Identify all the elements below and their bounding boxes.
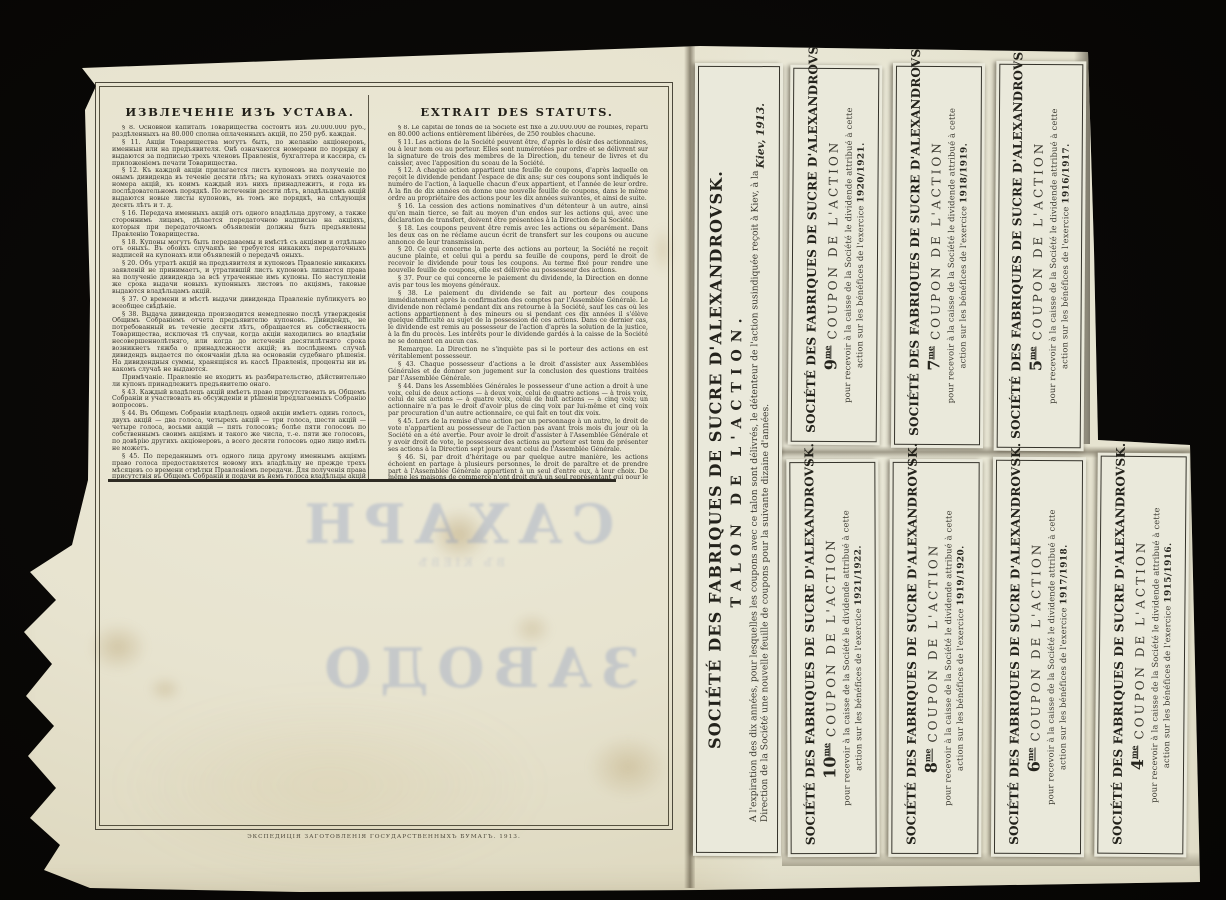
coupon-body-line-2: action sur les bénéfices de l'exercice 1… [957,75,970,436]
russian-paragraph: § 38. Выдача дивиденда производится неме… [112,312,366,374]
french-paragraph: § 45. Lors de la remise d'une action par… [388,419,648,454]
russian-paragraph: § 20. Объ утратѣ акцій на предъявителя и… [112,261,366,296]
coupon-title: COUPON DE L'ACTION [1132,540,1148,740]
russian-paragraph: Примѣчаніе. Правленіе не входитъ въ разб… [112,375,366,389]
french-statutes-column: § 8. Le capital de fonds de la Société e… [388,125,648,479]
french-paragraph: § 18. Les coupons peuvent être remis ave… [388,226,648,247]
coupon-title-row: 9meCOUPON DE L'ACTION [820,77,841,433]
coupon-ordinal: 5 [1026,360,1045,371]
coupon-strip-7: SOCIÉTÉ DES FABRIQUES DE SUCRE D'ALEXAND… [891,63,985,448]
coupon-years: 1921/1922. [853,545,863,605]
coupon-strip-6: SOCIÉTÉ DES FABRIQUES DE SUCRE D'ALEXAND… [991,457,1086,857]
french-paragraph: § 43. Chaque possesseur d'actions a le d… [388,362,648,383]
coupon-ordinal-suffix: me [821,345,831,359]
talon-title: TALON DE L'ACTION. [728,97,746,822]
coupon-title-row: 8meCOUPON DE L'ACTION [921,471,941,845]
french-paragraph: § 16. La cession des actions nominatives… [388,204,648,225]
coupon-strip-8: SOCIÉTÉ DES FABRIQUES DE SUCRE D'ALEXAND… [888,459,982,857]
french-paragraph: § 12. A chaque action appartient une feu… [388,168,648,203]
coupon-ordinal: 9 [821,359,840,370]
russian-paragraph: § 12. Къ каждой акціи прилагается листъ … [112,168,366,209]
russian-paragraph: § 11. Акціи Товарищества могутъ быть, по… [112,140,366,168]
coupon-ordinal: 10 [820,757,839,779]
coupon-body-line-2: action sur les bénéfices de l'exercice 1… [954,471,966,845]
coupon-company-name: SOCIÉTÉ DES FABRIQUES DE SUCRE D'ALEXAND… [802,471,817,845]
coupon-body-line-2-text: action sur les bénéfices de l'exercice [957,206,968,369]
coupon-body-line-2: action sur les bénéfices de l'exercice 1… [852,471,864,845]
coupon-title: COUPON DE L'ACTION [926,543,941,743]
russian-paragraph: § 43. Каждый владѣлецъ акцій имѣетъ прав… [112,390,366,411]
talon-body: A l'expiration des dix années, pour lesq… [748,97,772,822]
russian-paragraph: § 18. Купоны могутъ быть передаваемы и в… [112,240,366,261]
coupon-ordinal: 6 [1024,761,1043,772]
coupon-body-line-1: pour recevoir à la caisse de la Société … [942,471,953,845]
coupon-company-name: SOCIÉTÉ DES FABRIQUES DE SUCRE D'ALEXAND… [1110,465,1127,845]
russian-paragraph: § 37. О времени и мѣстѣ выдачи дивиденда… [112,297,366,311]
coupon-company-name: SOCIÉTÉ DES FABRIQUES DE SUCRE D'ALEXAND… [1007,469,1023,845]
french-paragraph: § 44. Dans les Assemblées Générales le p… [388,384,648,419]
coupon-ordinal: 4 [1127,759,1146,770]
coupon-years: 1916/1917. [1061,143,1071,203]
french-paragraph: § 8. Le capital de fonds de la Société e… [388,125,648,139]
coupon-title-row: 10meCOUPON DE L'ACTION [819,471,839,845]
coupon-years: 1920/1921. [856,142,866,202]
coupon-body-line-1: pour recevoir à la caisse de la Société … [945,75,957,436]
paper-sheet: САХАРН ВЪ КІЕВѢ ЗАВОДО ИЗВЛЕЧЕНІЕ ИЗЪ УС… [0,0,1226,900]
left-page: ИЗВЛЕЧЕНІЕ ИЗЪ УСТАВА. EXTRAIT DES STATU… [95,82,673,830]
coupon-body-line-2-text: action sur les bénéfices de l'exercice [854,205,865,368]
russian-paragraph: § 16. Передача именныхъ акцій отъ одного… [112,211,366,239]
french-paragraph: § 46. Si, par droit d'héritage ou par qu… [388,455,648,479]
coupon-company-name: SOCIÉTÉ DES FABRIQUES DE SUCRE D'ALEXAND… [803,77,819,433]
russian-paragraph: § 8. Основной капиталъ Товарищества сост… [112,125,366,139]
french-paragraph: § 38. Le paiement du dividende se fait a… [388,291,648,346]
coupon-company-name: SOCIÉTÉ DES FABRIQUES DE SUCRE D'ALEXAND… [904,471,919,845]
talon-strip: SOCIÉTÉ DES FABRIQUES DE SUCRE D'ALEXAND… [693,63,783,856]
coupon-ordinal-suffix: me [925,346,935,360]
talon-body-line-2: Direction de la Société une nouvelle feu… [759,183,772,822]
coupon-company-name: SOCIÉTÉ DES FABRIQUES DE SUCRE D'ALEXAND… [1008,73,1025,439]
coupon-title: COUPON DE L'ACTION [1030,141,1045,341]
russian-paragraph: § 45. По переданнымъ отъ одного лица дру… [112,454,366,479]
french-paragraph: § 20. Ce qui concerne la perte des actio… [388,247,648,275]
coupon-title-row: 5meCOUPON DE L'ACTION [1025,73,1047,439]
coupon-strip-10: SOCIÉTÉ DES FABRIQUES DE SUCRE D'ALEXAND… [786,459,879,857]
coupon-years: 1919/1920. [956,545,966,605]
column-divider-line [368,95,369,481]
coupon-body-line-2-text: action sur les bénéfices de l'exercice [1059,206,1070,369]
coupon-strip-5: SOCIÉTÉ DES FABRIQUES DE SUCRE D'ALEXAND… [994,61,1087,452]
coupon-ordinal: 7 [924,360,943,371]
coupon-ordinal-suffix: me [1026,346,1036,360]
talon-place-date: Kiev, 1913. [754,103,766,168]
coupon-title-row: 7meCOUPON DE L'ACTION [924,75,945,436]
coupon-years: 1915/1916. [1163,542,1174,602]
coupon-body-line-1: pour recevoir à la caisse de la Société … [1148,465,1161,845]
coupon-strip-9: SOCIÉTÉ DES FABRIQUES DE SUCRE D'ALEXAND… [788,65,883,446]
coupon-title-row: 6meCOUPON DE L'ACTION [1024,469,1045,845]
coupon-years: 1917/1918. [1059,544,1069,604]
coupon-body-line-2-text: action sur les bénéfices de l'exercice [1057,607,1068,770]
french-paragraph: § 11. Les actions de la Société peuvent … [388,140,648,168]
coupon-body-line-2-text: action sur les bénéfices de l'exercice [1161,605,1172,768]
coupon-company-name: SOCIÉTÉ DES FABRIQUES DE SUCRE D'ALEXAND… [907,75,923,436]
coupon-title: COUPON DE L'ACTION [825,140,840,340]
coupon-body-line-2: action sur les bénéfices de l'exercice 1… [853,77,866,433]
coupon-ordinal-suffix: me [1128,745,1138,759]
coupon-body-line-2: action sur les bénéfices de l'exercice 1… [1057,469,1070,845]
coupon-ordinal-suffix: me [820,743,830,757]
coupon-ordinal: 8 [922,762,941,773]
coupon-ordinal-suffix: me [922,748,932,762]
scanned-share-certificate: { "shared": { "company": "SOCIÉTÉ DES FA… [0,0,1226,900]
coupon-ordinal-suffix: me [1025,747,1035,761]
coupon-body-line-1: pour recevoir à la caisse de la Société … [1045,469,1057,845]
coupon-title: COUPON DE L'ACTION [823,537,838,737]
coupon-body-line-2-text: action sur les bénéfices de l'exercice [955,608,966,771]
coupon-body-line-1: pour recevoir à la caisse de la Société … [840,471,851,845]
printer-imprint: ЭКСПЕДИЦІЯ ЗАГОТОВЛЕНІЯ ГОСУДАРСТВЕННЫХЪ… [96,834,672,840]
russian-statutes-column: § 8. Основной капиталъ Товарищества сост… [112,125,366,479]
russian-column-title: ИЗВЛЕЧЕНІЕ ИЗЪ УСТАВА. [114,105,366,119]
talon-company-name: SOCIÉTÉ DES FABRIQUES DE SUCRE D'ALEXAND… [705,97,726,822]
coupon-body-line-1: pour recevoir à la caisse de la Société … [841,77,853,433]
coupon-body-line-2: action sur les bénéfices de l'exercice 1… [1058,73,1072,439]
french-column-title: EXTRAIT DES STATUTS. [388,105,646,119]
coupon-years: 1918/1919. [959,143,969,203]
french-paragraph: § 37. Pour ce qui concerne le paiement d… [388,276,648,290]
coupon-body-line-2-text: action sur les bénéfices de l'exercice [852,608,863,771]
coupon-title: COUPON DE L'ACTION [1029,542,1044,742]
coupon-title: COUPON DE L'ACTION [928,140,943,340]
russian-paragraph: § 44. Въ Общемъ Собраніи владѣлецъ одной… [112,411,366,452]
coupon-strip-4: SOCIÉTÉ DES FABRIQUES DE SUCRE D'ALEXAND… [1094,453,1190,858]
coupon-title-row: 4meCOUPON DE L'ACTION [1127,465,1149,845]
coupon-body-line-1: pour recevoir à la caisse de la Société … [1046,73,1059,439]
bottom-rule [108,479,616,482]
coupon-body-line-2: action sur les bénéfices de l'exercice 1… [1160,465,1174,845]
french-paragraph: Remarque. La Direction ne s'inquiète pas… [388,347,648,361]
